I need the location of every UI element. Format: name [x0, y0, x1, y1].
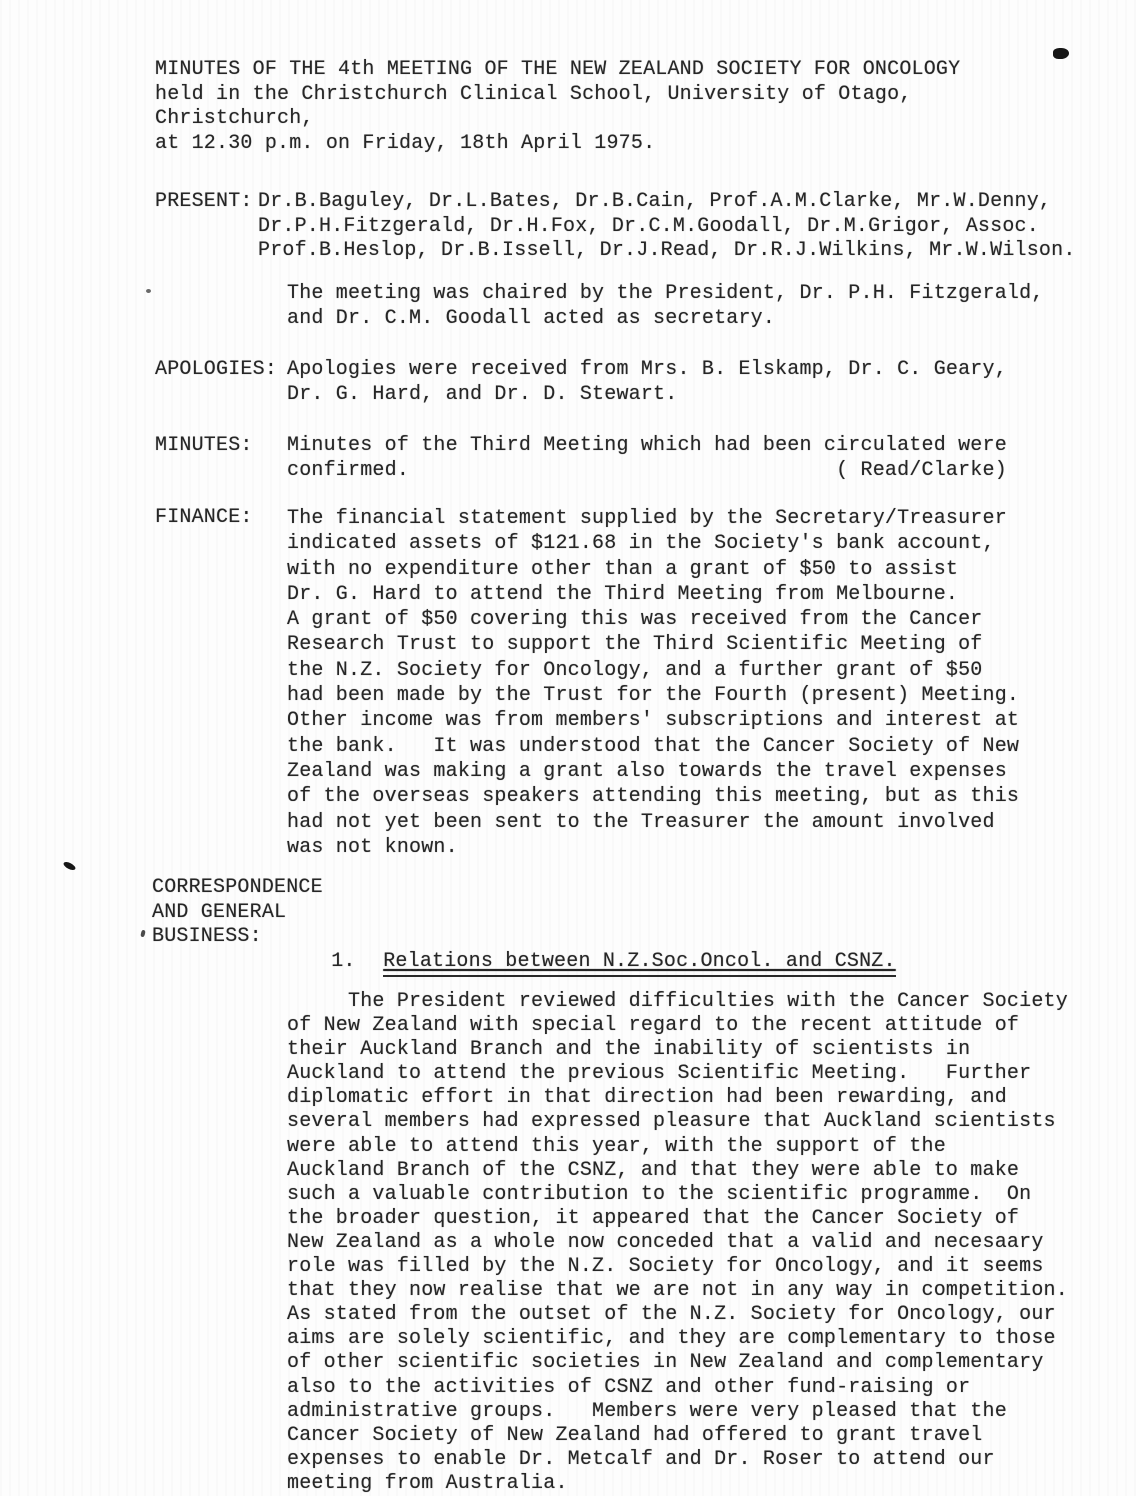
text-line: Dr.P.H.Fitzgerald, Dr.H.Fox, Dr.C.M.Good…: [258, 215, 1076, 240]
text-line: were able to attend this year, with the …: [287, 1135, 1068, 1159]
text-line: The meeting was chaired by the President…: [287, 282, 1044, 307]
item-heading: Relations between N.Z.Soc.Oncol. and CSN…: [383, 950, 895, 977]
text-line: such a valuable contribution to the scie…: [287, 1183, 1068, 1207]
minutes-text: Minutes of the Third Meeting which had b…: [287, 434, 1007, 483]
text-line: Zealand was making a grant also towards …: [287, 759, 1019, 784]
text-line: also to the activities of CSNZ and other…: [287, 1376, 1068, 1400]
text-line: The President reviewed difficulties with…: [287, 990, 1068, 1014]
text-line: Christchurch,: [155, 107, 960, 132]
item-number: 1.: [331, 950, 383, 975]
text-line: at 12.30 p.m. on Friday, 18th April 1975…: [155, 132, 960, 157]
text-line: Dr.B.Baguley, Dr.L.Bates, Dr.B.Cain, Pro…: [258, 190, 1076, 215]
text-line: was not known.: [287, 835, 1019, 860]
text-line: Auckland to attend the previous Scientif…: [287, 1062, 1068, 1086]
text-line: had been made by the Trust for the Fourt…: [287, 683, 1019, 708]
text-line: the N.Z. Society for Oncology, and a fur…: [287, 658, 1019, 683]
text-line: Research Trust to support the Third Scie…: [287, 632, 1019, 657]
section-label-finance: FINANCE:: [155, 506, 253, 531]
business-paragraph: The President reviewed difficulties with…: [287, 990, 1068, 1496]
section-label-apologies: APOLOGIES:: [155, 358, 277, 383]
text-line: A grant of $50 covering this was receive…: [287, 607, 1019, 632]
text-line: indicated assets of $121.68 in the Socie…: [287, 531, 1019, 556]
ink-speck: [140, 930, 146, 938]
text-line: The financial statement supplied by the …: [287, 506, 1019, 531]
chairperson-note: The meeting was chaired by the President…: [287, 282, 1044, 331]
text-line: held in the Christchurch Clinical School…: [155, 83, 960, 108]
text-line: with no expenditure other than a grant o…: [287, 557, 1019, 582]
text-line: of other scientific societies in New Zea…: [287, 1351, 1068, 1375]
text-line: New Zealand as a whole now conceded that…: [287, 1231, 1068, 1255]
text-line: meeting from Australia.: [287, 1472, 1068, 1496]
text-line: confirmed. ( Read/Clarke): [287, 459, 1007, 484]
section-label-minutes: MINUTES:: [155, 434, 253, 459]
text-line: As stated from the outset of the N.Z. So…: [287, 1303, 1068, 1327]
text-line: aims are solely scientific, and they are…: [287, 1327, 1068, 1351]
text-line: expenses to enable Dr. Metcalf and Dr. R…: [287, 1448, 1068, 1472]
text-line: several members had expressed pleasure t…: [287, 1110, 1068, 1134]
apologies-text: Apologies were received from Mrs. B. Els…: [287, 358, 1007, 407]
ink-speck: [62, 860, 76, 871]
text-line: the bank. It was understood that the Can…: [287, 734, 1019, 759]
text-line: Prof.B.Heslop, Dr.B.Issell, Dr.J.Read, D…: [258, 239, 1076, 264]
text-line: Apologies were received from Mrs. B. Els…: [287, 358, 1007, 383]
text-line: AND GENERAL: [152, 901, 323, 926]
scanned-minutes-page: MINUTES OF THE 4th MEETING OF THE NEW ZE…: [0, 0, 1136, 1496]
ink-speck: [146, 289, 151, 293]
text-line: the broader question, it appeared that t…: [287, 1207, 1068, 1231]
text-line: Minutes of the Third Meeting which had b…: [287, 434, 1007, 459]
section-label-present: PRESENT:: [155, 190, 253, 215]
present-list: Dr.B.Baguley, Dr.L.Bates, Dr.B.Cain, Pro…: [258, 190, 1076, 264]
text-line: Cancer Society of New Zealand had offere…: [287, 1424, 1068, 1448]
text-line: CORRESPONDENCE: [152, 876, 323, 901]
text-line: of the overseas speakers attending this …: [287, 784, 1019, 809]
document-title: MINUTES OF THE 4th MEETING OF THE NEW ZE…: [155, 58, 960, 156]
section-finance: FINANCE: The financial statement supplie…: [155, 506, 1019, 860]
text-line: Other income was from members' subscript…: [287, 708, 1019, 733]
text-line: of New Zealand with special regard to th…: [287, 1014, 1068, 1038]
finance-text: The financial statement supplied by the …: [287, 506, 1019, 860]
text-line: administrative groups. Members were very…: [287, 1400, 1068, 1424]
section-business: CORRESPONDENCEAND GENERALBUSINESS: 1.Rel…: [152, 876, 323, 950]
ink-speck: [1053, 48, 1069, 59]
text-line: their Auckland Branch and the inability …: [287, 1038, 1068, 1062]
section-minutes: MINUTES: Minutes of the Third Meeting wh…: [155, 434, 1007, 483]
text-line: and Dr. C.M. Goodall acted as secretary.: [287, 307, 1044, 332]
text-line: that they now realise that we are not in…: [287, 1279, 1068, 1303]
text-line: MINUTES OF THE 4th MEETING OF THE NEW ZE…: [155, 58, 960, 83]
section-present: PRESENT: Dr.B.Baguley, Dr.L.Bates, Dr.B.…: [155, 190, 1076, 264]
business-item-heading-row: 1.Relations between N.Z.Soc.Oncol. and C…: [258, 925, 896, 950]
text-line: Auckland Branch of the CSNZ, and that th…: [287, 1159, 1068, 1183]
text-line: Dr. G. Hard, and Dr. D. Stewart.: [287, 383, 1007, 408]
text-line: Dr. G. Hard to attend the Third Meeting …: [287, 582, 1019, 607]
text-line: role was filled by the N.Z. Society for …: [287, 1255, 1068, 1279]
text-line: had not yet been sent to the Treasurer t…: [287, 810, 1019, 835]
section-apologies: APOLOGIES: Apologies were received from …: [155, 358, 1007, 407]
text-line: diplomatic effort in that direction had …: [287, 1086, 1068, 1110]
